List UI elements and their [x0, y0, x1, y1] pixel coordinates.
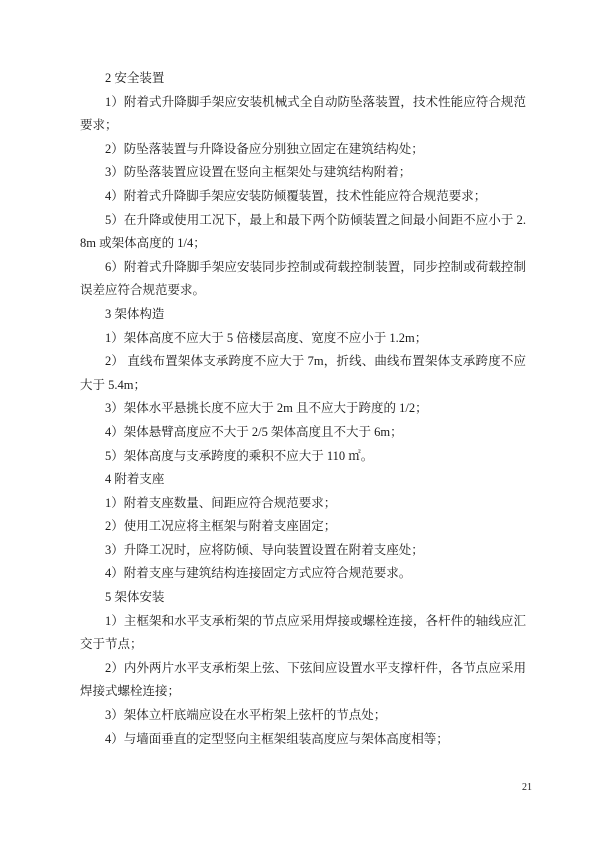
- section-heading: 3 架体构造: [80, 303, 526, 327]
- clause-item: 1）主框架和水平支承桁架的节点应采用焊接或螺栓连接，各杆件的轴线应汇交于节点；: [80, 610, 526, 657]
- clause-item: 5）架体高度与支承跨度的乘积不应大于 110 ㎡。: [80, 445, 526, 469]
- document-body: 2 安全装置1）附着式升降脚手架应安装机械式全自动防坠落装置，技术性能应符合规范…: [80, 67, 526, 751]
- clause-item: 2）使用工况应将主框架与附着支座固定；: [80, 515, 526, 539]
- clause-item: 4）附着式升降脚手架应安装防倾覆装置，技术性能应符合规范要求；: [80, 185, 526, 209]
- clause-item: 4）架体悬臂高度应不大于 2/5 架体高度且不大于 6m；: [80, 421, 526, 445]
- clause-item: 5）在升降或使用工况下，最上和最下两个防倾装置之间最小间距不应小于 2.8m 或…: [80, 209, 526, 256]
- clause-item: 2）内外两片水平支承桁架上弦、下弦间应设置水平支撑杆件，各节点应采用焊接式螺栓连…: [80, 657, 526, 704]
- clause-item: 1）附着支座数量、间距应符合规范要求；: [80, 492, 526, 516]
- section-heading: 4 附着支座: [80, 468, 526, 492]
- clause-item: 4）附着支座与建筑结构连接固定方式应符合规范要求。: [80, 562, 526, 586]
- clause-item: 6）附着式升降脚手架应安装同步控制或荷载控制装置，同步控制或荷载控制误差应符合规…: [80, 256, 526, 303]
- section-heading: 5 架体安装: [80, 586, 526, 610]
- clause-item: 1）附着式升降脚手架应安装机械式全自动防坠落装置，技术性能应符合规范要求；: [80, 91, 526, 138]
- clause-item: 3）防坠落装置应设置在竖向主框架处与建筑结构附着；: [80, 161, 526, 185]
- clause-item: 3）架体水平悬挑长度不应大于 2m 且不应大于跨度的 1/2；: [80, 397, 526, 421]
- clause-item: 2）防坠落装置与升降设备应分别独立固定在建筑结构处；: [80, 138, 526, 162]
- section-heading: 2 安全装置: [80, 67, 526, 91]
- clause-item: 4）与墙面垂直的定型竖向主框架组装高度应与架体高度相等；: [80, 728, 526, 752]
- page-number: 21: [522, 782, 532, 794]
- clause-item: 2） 直线布置架体支承跨度不应大于 7m，折线、曲线布置架体支承跨度不应大于 5…: [80, 350, 526, 397]
- clause-item: 1）架体高度不应大于 5 倍楼层高度、宽度不应小于 1.2m；: [80, 327, 526, 351]
- clause-item: 3）架体立杆底端应设在水平桁架上弦杆的节点处；: [80, 704, 526, 728]
- document-page: 2 安全装置1）附着式升降脚手架应安装机械式全自动防坠落装置，技术性能应符合规范…: [0, 0, 600, 848]
- clause-item: 3）升降工况时，应将防倾、导向装置设置在附着支座处；: [80, 539, 526, 563]
